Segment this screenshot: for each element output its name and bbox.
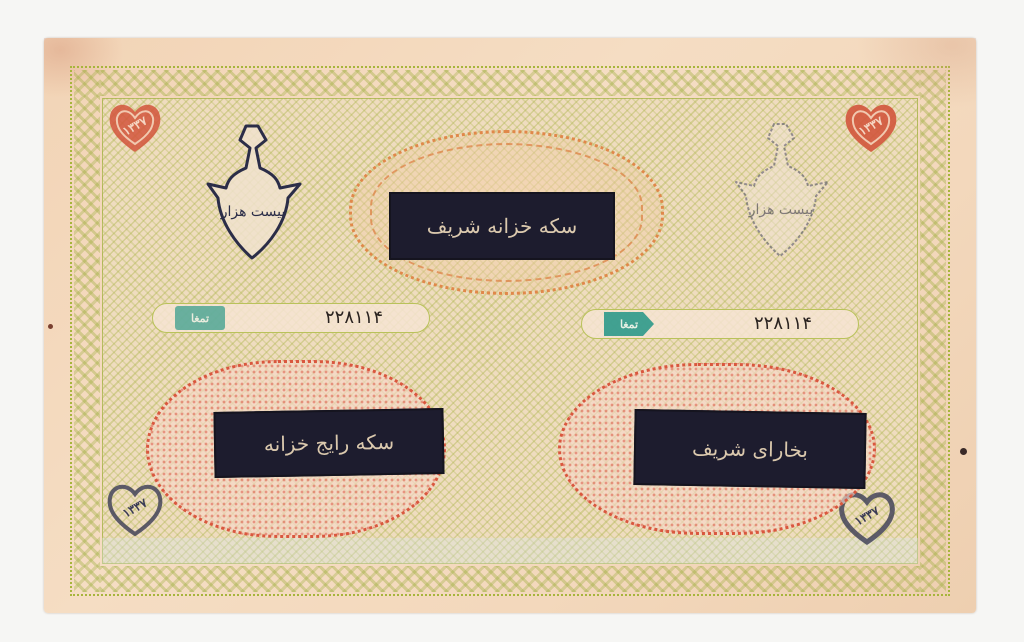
serial-bar-right: تمغا ۲۲۸۱۱۴ xyxy=(581,309,859,339)
ink-speck xyxy=(48,324,53,329)
banknote: ۱۳۳۷ ۱۳۳۷ ۱۳۳۷ ۱۳۳۷ بیست هزار بیست هزار xyxy=(44,38,976,613)
central-inscription: سکه خزانه شریف xyxy=(389,192,615,260)
serial-number: ۲۲۸۱۱۴ xyxy=(754,313,812,334)
vase-seal-right: بیست هزار xyxy=(716,116,846,266)
vase-icon xyxy=(188,118,318,268)
heart-seal-top-left: ۱۳۳۷ xyxy=(104,96,166,156)
serial-bar-left: تمغا ۲۲۸۱۱۴ xyxy=(152,303,430,333)
vase-seal-text: بیست هزار xyxy=(218,204,288,220)
lower-left-inscription: سکه رایج خزانه xyxy=(213,408,444,478)
teal-stamp: تمغا xyxy=(604,312,654,336)
vase-seal-text: بیست هزار xyxy=(746,202,816,218)
serial-number: ۲۲۸۱۱۴ xyxy=(325,307,383,328)
vase-icon xyxy=(716,116,846,266)
vase-seal-left: بیست هزار xyxy=(188,118,318,268)
teal-stamp: تمغا xyxy=(175,306,225,330)
faded-bottom-band xyxy=(102,538,918,564)
ink-speck xyxy=(960,448,967,455)
lower-right-inscription: بخارای شریف xyxy=(633,409,866,489)
heart-seal-top-right: ۱۳۳۷ xyxy=(840,96,902,156)
heart-seal-bottom-left: ۱۳۳۷ xyxy=(104,478,166,538)
